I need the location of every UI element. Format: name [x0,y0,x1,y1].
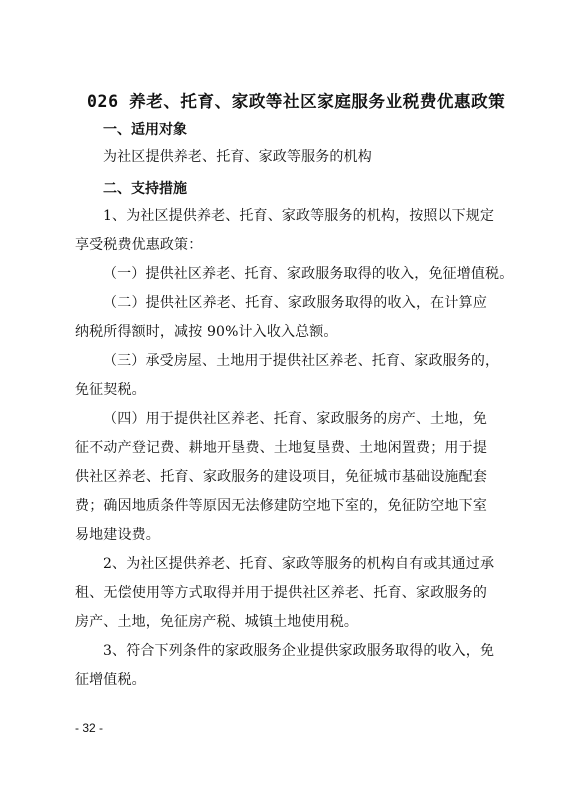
paragraph-sub-4: （四）用于提供社区养老、托育、家政服务的房产、土地，免 征不动产登记费、耕地开垦… [75,405,487,550]
text-line: 房产、土地，免征房产税、城镇土地使用税。 [75,608,487,637]
paragraph-item-1: 1、为社区提供养老、托育、家政等服务的机构，按照以下规定 享受税费优惠政策： [75,202,487,260]
paragraph-applicable-objects: 为社区提供养老、托育、家政等服务的机构 [75,143,487,172]
paragraph-sub-3: （三）承受房屋、土地用于提供社区养老、托育、家政服务的， 免征契税。 [75,347,487,405]
text-line: 易地建设费。 [75,521,487,550]
paragraph-sub-2: （二）提供社区养老、托育、家政服务取得的收入，在计算应 纳税所得额时，减按 90… [75,289,487,347]
paragraph-item-3: 3、符合下列条件的家政服务企业提供家政服务取得的收入，免 征增值税。 [75,637,487,695]
text-line: 享受税费优惠政策： [75,231,487,260]
paragraph-item-2: 2、为社区提供养老、托育、家政等服务的机构自有或其通过承 租、无偿使用等方式取得… [75,550,487,637]
text-line: 3、符合下列条件的家政服务企业提供家政服务取得的收入，免 [75,637,487,666]
section-heading-support-measures: 二、支持措施 [103,178,187,198]
text-line: （二）提供社区养老、托育、家政服务取得的收入，在计算应 [75,289,487,318]
text-line: 1、为社区提供养老、托育、家政等服务的机构，按照以下规定 [75,202,487,231]
text-line: （一）提供社区养老、托育、家政服务取得的收入，免征增值税。 [75,260,487,289]
text-line: 纳税所得额时，减按 90%计入收入总额。 [75,318,487,347]
paragraph-sub-1: （一）提供社区养老、托育、家政服务取得的收入，免征增值税。 [75,260,487,289]
text-line: （四）用于提供社区养老、托育、家政服务的房产、土地，免 [75,405,487,434]
text-line: 租、无偿使用等方式取得并用于提供社区养老、托育、家政服务的 [75,579,487,608]
document-page: 026 养老、托育、家政等社区家庭服务业税费优惠政策 一、适用对象 为社区提供养… [0,0,561,793]
text-line: 费；确因地质条件等原因无法修建防空地下室的，免征防空地下室 [75,492,487,521]
text-line: 征增值税。 [75,666,487,695]
text-line: 征不动产登记费、耕地开垦费、土地复垦费、土地闲置费；用于提 [75,434,487,463]
page-title: 026 养老、托育、家政等社区家庭服务业税费优惠政策 [87,88,487,112]
text-line: （三）承受房屋、土地用于提供社区养老、托育、家政服务的， [75,347,487,376]
text-line: 2、为社区提供养老、托育、家政等服务的机构自有或其通过承 [75,550,487,579]
text-line: 免征契税。 [75,376,487,405]
text-line: 供社区养老、托育、家政服务的建设项目，免征城市基础设施配套 [75,463,487,492]
section-heading-applicable-objects: 一、适用对象 [103,119,187,139]
page-number: - 32 - [75,721,103,735]
text-line: 为社区提供养老、托育、家政等服务的机构 [75,143,487,172]
